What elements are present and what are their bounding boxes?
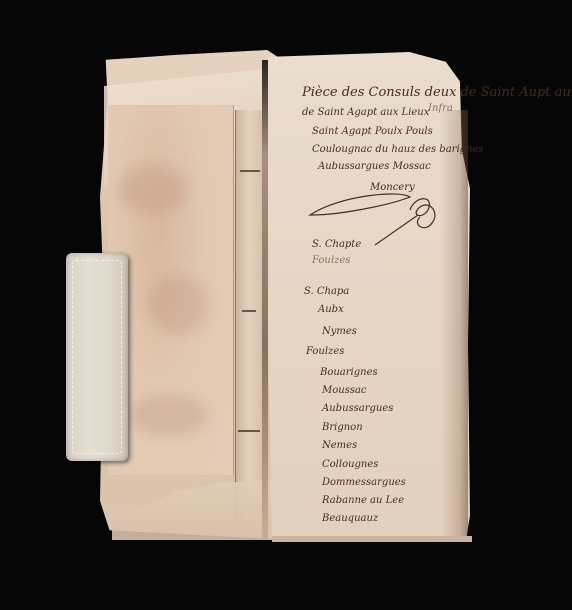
list-item: Aubx — [318, 305, 344, 315]
stain — [148, 275, 208, 335]
header-line-5: Aubussargues Mossac — [318, 162, 431, 172]
list-item: Dommessargues — [322, 478, 406, 488]
list-item: Bouarignes — [320, 368, 378, 378]
list-item: S. Chapa — [304, 287, 349, 297]
tear-mark — [240, 170, 260, 172]
list-item: Nymes — [322, 327, 357, 337]
stain — [118, 165, 188, 215]
list-item: Beauquauz — [322, 514, 378, 524]
header-line-1: Pièce des Consuls deux de Saint Aupt aux… — [302, 86, 572, 99]
stain — [128, 395, 208, 435]
photo-scene: Pièce des Consuls deux de Saint Aupt aux… — [0, 0, 572, 610]
page-stack-bottom — [272, 536, 472, 542]
list-item: Brignon — [322, 423, 363, 433]
tear-mark — [238, 430, 260, 432]
header-line-2: de Saint Agapt aux Lieux — [302, 108, 429, 118]
margin-note: Infra — [428, 104, 453, 114]
worn-edge — [440, 110, 468, 540]
list-item: Nemes — [322, 441, 357, 451]
list-item: Moussac — [322, 386, 367, 396]
list-item: Rabanne au Lee — [322, 496, 404, 506]
list-item: S. Chapte — [312, 240, 361, 250]
header-line-3: Saint Agapt Poulx Pouls — [312, 127, 433, 137]
list-item: Foulzes — [312, 256, 350, 266]
pouch-stitching — [72, 260, 122, 454]
header-line-4: Coulougnac du hauz des barignes — [312, 145, 484, 155]
tear-mark — [242, 310, 256, 312]
list-item: Collougnes — [322, 460, 378, 470]
list-item: Foulzes — [306, 347, 344, 357]
list-item: Aubussargues — [322, 404, 393, 414]
spine-gap — [262, 60, 268, 540]
